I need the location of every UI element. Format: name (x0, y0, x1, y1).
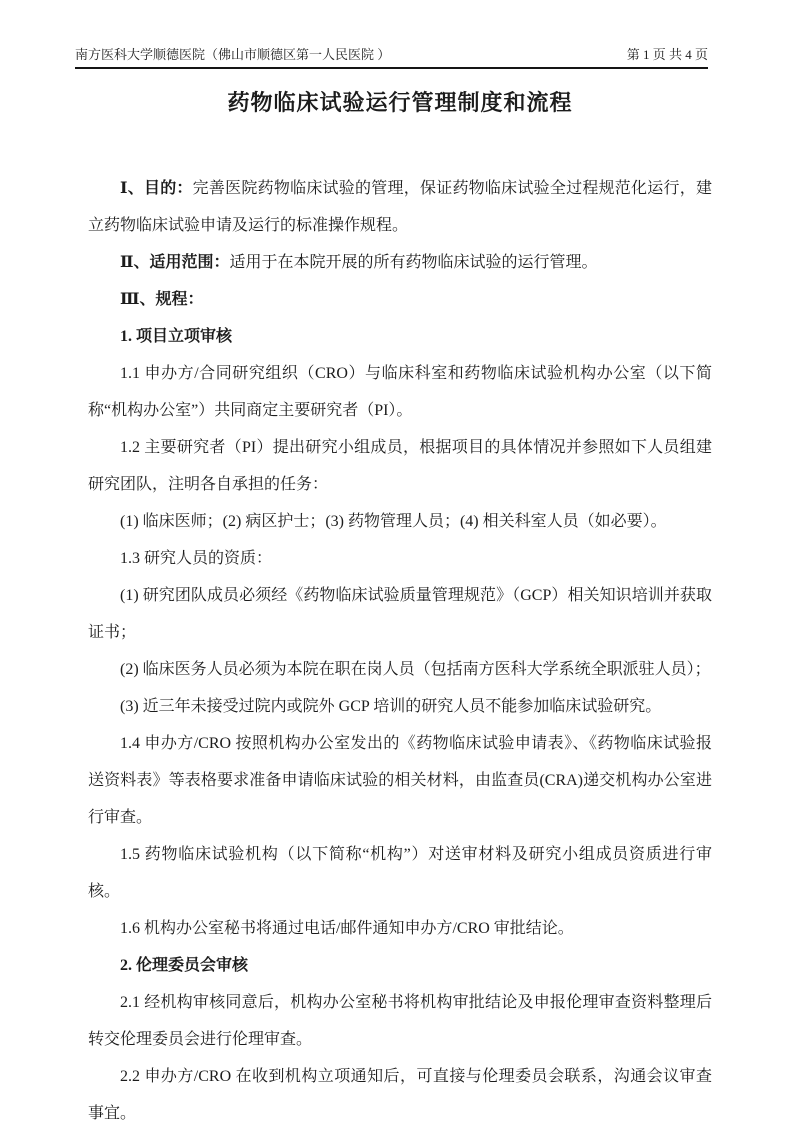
paragraph: 2. 伦理委员会审核 (88, 947, 712, 984)
paragraph: (3) 近三年未接受过院内或院外 GCP 培训的研究人员不能参加临床试验研究。 (88, 688, 712, 725)
paragraph: 1.4 申办方/CRO 按照机构办公室发出的《药物临床试验申请表》、《药物临床试… (88, 725, 712, 836)
paragraph: 1.3 研究人员的资质： (88, 540, 712, 577)
paragraph: 2.2 申办方/CRO 在收到机构立项通知后，可直接与伦理委员会联系，沟通会议审… (88, 1058, 712, 1131)
document-title: 药物临床试验运行管理制度和流程 (88, 88, 712, 118)
header-hospital-name: 南方医科大学顺德医院（佛山市顺德区第一人民医院 ） (75, 46, 390, 63)
page-header: 南方医科大学顺德医院（佛山市顺德区第一人民医院 ） 第 1 页 共 4 页 (75, 46, 708, 69)
paragraph: (1) 研究团队成员必须经《药物临床试验质量管理规范》（GCP）相关知识培训并获… (88, 577, 712, 651)
paragraph: 1.5 药物临床试验机构（以下简称“机构”）对送审材料及研究小组成员资质进行审核… (88, 836, 712, 910)
paragraph-label: Ⅰ、目的： (120, 180, 193, 197)
paragraph: 1.1 申办方/合同研究组织（CRO）与临床科室和药物临床试验机构办公室（以下简… (88, 355, 712, 429)
document-page: 南方医科大学顺德医院（佛山市顺德区第一人民医院 ） 第 1 页 共 4 页 药物… (0, 0, 800, 1131)
paragraph-label: Ⅲ、规程： (120, 291, 204, 308)
paragraph: Ⅲ、规程： (88, 281, 712, 318)
paragraph: 1.2 主要研究者（PI）提出研究小组成员，根据项目的具体情况并参照如下人员组建… (88, 429, 712, 503)
paragraph: 1.6 机构办公室秘书将通过电话/邮件通知申办方/CRO 审批结论。 (88, 910, 712, 947)
paragraph: 2.1 经机构审核同意后，机构办公室秘书将机构审批结论及申报伦理审查资料整理后转… (88, 984, 712, 1058)
paragraph-label: Ⅱ、适用范围： (120, 254, 230, 271)
paragraph: Ⅱ、适用范围：适用于在本院开展的所有药物临床试验的运行管理。 (88, 244, 712, 281)
document-body: Ⅰ、目的：完善医院药物临床试验的管理，保证药物临床试验全过程规范化运行，建立药物… (88, 170, 712, 1131)
paragraph: 1. 项目立项审核 (88, 318, 712, 355)
paragraph: Ⅰ、目的：完善医院药物临床试验的管理，保证药物临床试验全过程规范化运行，建立药物… (88, 170, 712, 244)
paragraph: (2) 临床医务人员必须为本院在职在岗人员（包括南方医科大学系统全职派驻人员）； (88, 651, 712, 688)
header-page-number: 第 1 页 共 4 页 (627, 46, 708, 63)
paragraph: (1) 临床医师；(2) 病区护士；(3) 药物管理人员；(4) 相关科室人员（… (88, 503, 712, 540)
